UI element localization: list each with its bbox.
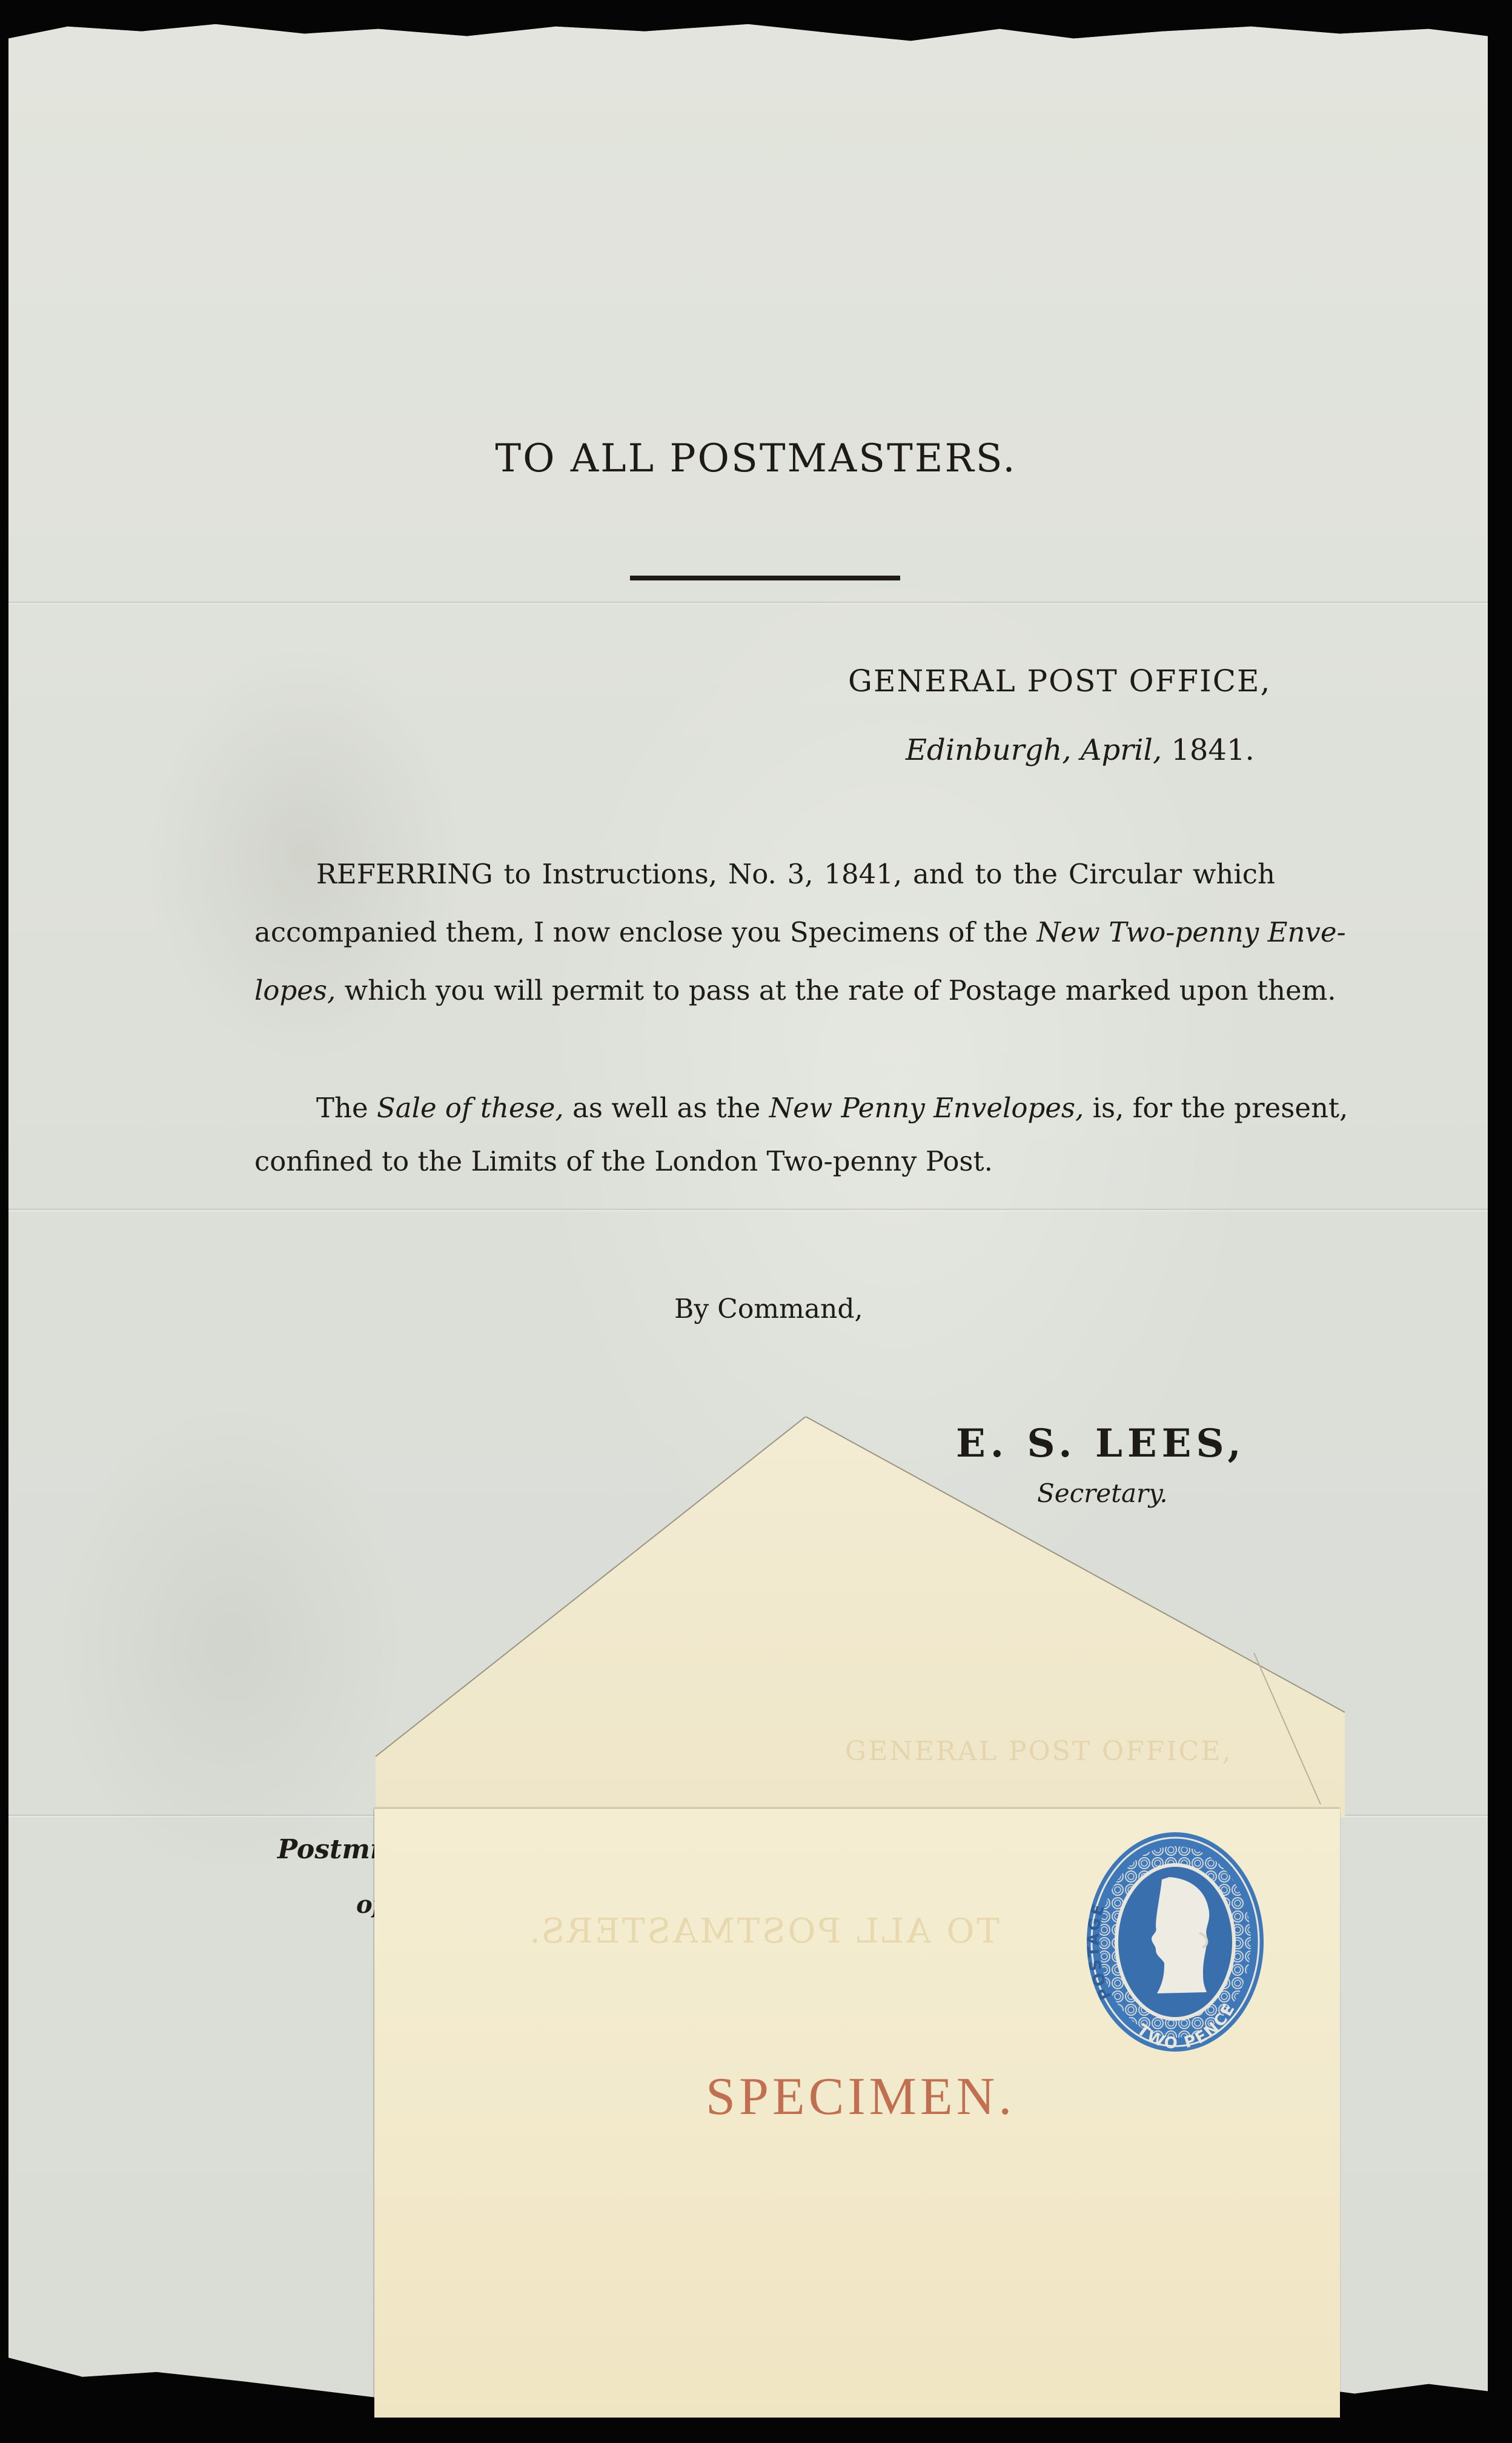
two-pence-embossed-stamp: POSTAGE TWO PENCE bbox=[1084, 1830, 1266, 2054]
fold-line bbox=[8, 1209, 1488, 1211]
text-run: is, for the present, bbox=[1084, 1092, 1348, 1124]
paragraph-line: lopes, which you will permit to pass at … bbox=[254, 962, 1275, 1020]
signatory-title: Secretary. bbox=[1037, 1478, 1168, 1508]
envelope-show-through-text: TO ALL POSTMASTERS. bbox=[527, 1912, 1000, 1951]
dateline-place: Edinburgh, bbox=[906, 733, 1072, 767]
paragraph-line: confined to the Limits of the London Two… bbox=[254, 1135, 1275, 1188]
text-run: as well as the bbox=[564, 1092, 769, 1124]
dateline-month: April, bbox=[1081, 733, 1162, 767]
paragraph-sale: The Sale of these, as well as the New Pe… bbox=[254, 1082, 1275, 1188]
title-rule bbox=[630, 576, 900, 580]
text-run-italic: New Penny Envelopes, bbox=[769, 1092, 1084, 1124]
dateline: Edinburgh, April, 1841. bbox=[906, 733, 1255, 767]
text-run: The bbox=[316, 1092, 377, 1124]
paragraph-line: accompanied them, I now enclose you Spec… bbox=[254, 903, 1275, 962]
paragraph-line: REFERRING to Instructions, No. 3, 1841, … bbox=[254, 845, 1275, 903]
circular-title: TO ALL POSTMASTERS. bbox=[0, 436, 1512, 481]
text-run: which you will permit to pass at the rat… bbox=[336, 974, 1336, 1006]
specimen-handstamp: SPECIMEN. bbox=[706, 2066, 1015, 2127]
text-run: accompanied them, I now enclose you Spec… bbox=[254, 916, 1036, 948]
closing-by-command: By Command, bbox=[674, 1294, 863, 1325]
text-run-italic: New Two-penny Enve- bbox=[1036, 916, 1345, 948]
dateline-year: 1841. bbox=[1171, 733, 1254, 767]
signatory-name: E. S. LEES, bbox=[956, 1421, 1246, 1466]
fold-line bbox=[8, 602, 1488, 604]
paragraph-referring: REFERRING to Instructions, No. 3, 1841, … bbox=[254, 845, 1275, 1020]
text-run-italic: lopes, bbox=[254, 974, 336, 1006]
office-heading: GENERAL POST OFFICE, bbox=[848, 663, 1271, 699]
flap-show-through-text: GENERAL POST OFFICE, bbox=[845, 1736, 1232, 1767]
text-run-italic: Sale of these, bbox=[377, 1092, 564, 1124]
paragraph-line: The Sale of these, as well as the New Pe… bbox=[254, 1082, 1275, 1135]
